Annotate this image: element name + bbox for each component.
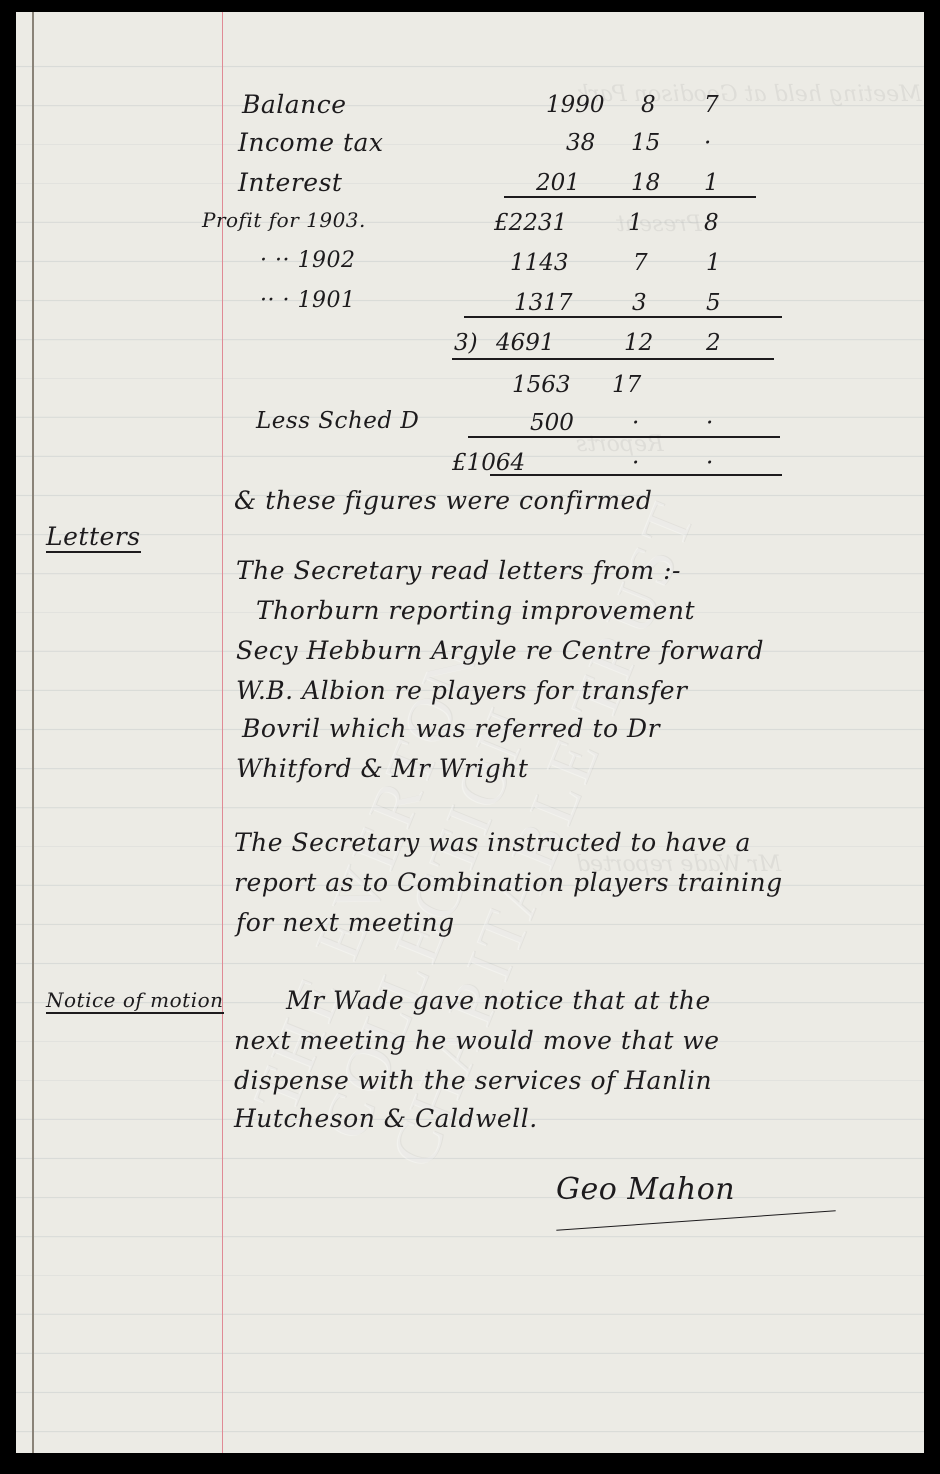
amount-pounds: 500 [530, 410, 574, 436]
amount-pounds: 201 [536, 170, 580, 196]
amount-pence: · [706, 450, 713, 476]
divisor: 3) [454, 330, 478, 356]
amount-shillings: 18 [631, 170, 660, 196]
amount-shillings: 17 [612, 372, 641, 398]
amount-shillings: 15 [631, 130, 660, 156]
amount-pounds: 4691 [496, 330, 555, 356]
amount-shillings: 12 [624, 330, 653, 356]
signature: Geo Mahon [556, 1172, 735, 1207]
motion-line: dispense with the services of Hanlin [234, 1066, 712, 1095]
account-label: · ·· 1902 [260, 248, 355, 273]
account-label: Balance [242, 90, 347, 119]
instruction-line: for next meeting [236, 908, 455, 937]
amount-pounds: 38 [566, 130, 595, 156]
sum-rule [468, 436, 780, 438]
motion-line: Hutcheson & Caldwell. [234, 1104, 538, 1133]
amount-shillings: 3 [632, 290, 647, 316]
letters-intro: The Secretary read letters from :- [236, 556, 681, 585]
motion-line: next meeting he would move that we [234, 1026, 720, 1055]
amount-pounds: £2231 [494, 210, 567, 236]
amount-pence: 1 [704, 170, 719, 196]
amount-pence: 1 [706, 250, 721, 276]
signature-flourish [556, 1210, 835, 1231]
letter-item: Bovril which was referred to Dr [242, 714, 660, 743]
bleed-through-text: Meeting held at Goodison Park [576, 82, 922, 107]
amount-shillings: 8 [641, 92, 656, 118]
letter-item: Secy Hebburn Argyle re Centre forward [236, 636, 764, 665]
amount-pence: · [706, 410, 713, 436]
amount-pence: 7 [704, 92, 719, 118]
instruction-line: report as to Combination players trainin… [234, 868, 783, 897]
section-heading: Notice of motion [46, 988, 224, 1014]
section-heading: Letters [46, 522, 141, 553]
amount-pounds: 1990 [546, 92, 605, 118]
amount-pounds: 1317 [514, 290, 573, 316]
total-rule [490, 474, 782, 476]
amount-pounds: 1143 [510, 250, 569, 276]
amount-pounds: 1563 [512, 372, 571, 398]
amount-pence: 8 [704, 210, 719, 236]
confirmation-text: & these figures were confirmed [234, 486, 652, 515]
amount-shillings: 7 [633, 250, 648, 276]
division-rule [452, 358, 774, 360]
account-label: ·· · 1901 [260, 288, 355, 313]
amount-pounds: £1064 [452, 450, 525, 476]
amount-shillings: · [632, 450, 639, 476]
instruction-line: The Secretary was instructed to have a [234, 828, 751, 857]
sum-rule [464, 316, 782, 318]
sum-rule [504, 196, 756, 198]
motion-line: Mr Wade gave notice that at the [286, 986, 711, 1015]
letter-item: W.B. Albion re players for transfer [236, 676, 687, 705]
amount-pence: 5 [706, 290, 721, 316]
ledger-page: Meeting held at Goodison Park Present Re… [16, 12, 924, 1453]
amount-pence: · [704, 130, 711, 156]
amount-pence: 2 [706, 330, 721, 356]
letter-item: Whitford & Mr Wright [236, 754, 528, 783]
letter-item: Thorburn reporting improvement [256, 596, 695, 625]
account-label: Income tax [238, 128, 384, 157]
binding-rule [32, 12, 34, 1453]
amount-shillings: 1 [628, 210, 643, 236]
amount-shillings: · [632, 410, 639, 436]
account-label: Less Sched D [256, 408, 419, 434]
account-label: Interest [238, 168, 342, 197]
account-label: Profit for 1903. [202, 208, 366, 232]
